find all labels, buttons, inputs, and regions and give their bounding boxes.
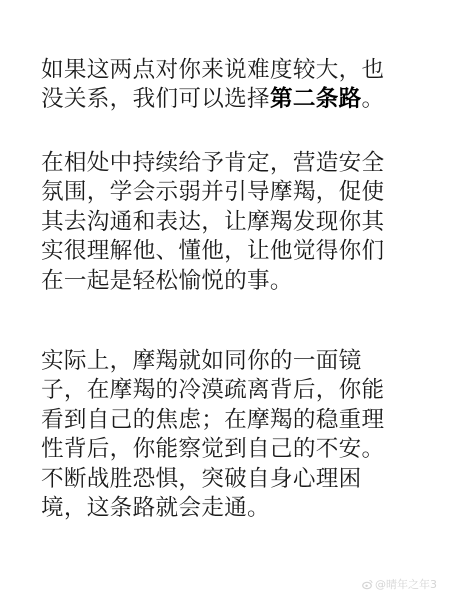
text-segment: 如果这两点对你来说难度较大，也 <box>41 57 384 83</box>
text-line: 子，在摩羯的冷漠疏离背后，你能 <box>41 376 411 405</box>
text-segment: 。 <box>362 86 385 112</box>
watermark-text: @晴年之年3 <box>375 576 437 592</box>
text-line: 氛围，学会示弱并引导摩羯，促使 <box>41 178 411 207</box>
text-line: 在相处中持续给予肯定，营造安全 <box>41 149 411 178</box>
weibo-logo-icon <box>362 579 373 590</box>
text-line: 其去沟通和表达，让摩羯发现你其 <box>41 208 411 237</box>
text-line: 没关系，我们可以选择第二条路。 <box>41 85 411 114</box>
paragraph-2: 在相处中持续给予肯定，营造安全 氛围，学会示弱并引导摩羯，促使 其去沟通和表达，… <box>41 149 411 296</box>
paragraph-1: 如果这两点对你来说难度较大，也 没关系，我们可以选择第二条路。 <box>41 56 411 115</box>
text-segment: 没关系，我们可以选择 <box>41 86 270 112</box>
text-line: 性背后，你能察觉到自己的不安。 <box>41 435 411 464</box>
text-line: 实很理解他、懂他，让他觉得你们 <box>41 237 411 266</box>
paragraph-3: 实际上，摩羯就如同你的一面镜 子，在摩羯的冷漠疏离背后，你能 看到自己的焦虑；在… <box>41 347 411 523</box>
emphasized-text: 第二条路 <box>270 86 362 112</box>
text-line: 看到自己的焦虑；在摩羯的稳重理 <box>41 406 411 435</box>
text-line: 不断战胜恐惧，突破自身心理困 <box>41 465 411 494</box>
text-line: 在一起是轻松愉悦的事。 <box>41 267 411 296</box>
text-line: 如果这两点对你来说难度较大，也 <box>41 56 411 85</box>
watermark: @晴年之年3 <box>362 576 437 592</box>
text-line: 实际上，摩羯就如同你的一面镜 <box>41 347 411 376</box>
text-line: 境，这条路就会走通。 <box>41 494 411 523</box>
